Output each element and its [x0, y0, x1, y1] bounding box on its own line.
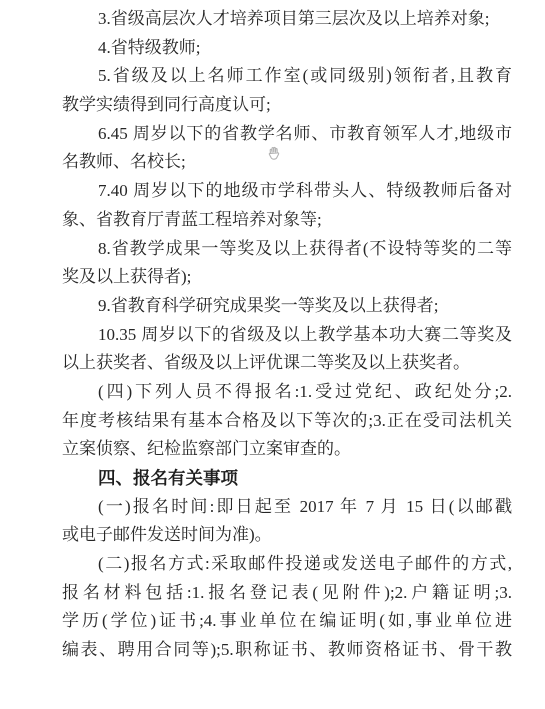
section-heading: 四、报名有关事项 [62, 464, 512, 493]
text-line: 3.省级高层次人才培养项目第三层次及以上培养对象; [62, 5, 512, 34]
document-lines: 3.省级高层次人才培养项目第三层次及以上培养对象;4.省特级教师;5.省级及以上… [62, 5, 512, 665]
text-line: 编表、聘用合同等);5.职称证书、教师资格证书、骨干教 [62, 636, 512, 665]
text-line: 8.省教学成果一等奖及以上获得者(不设特等奖的二等 [62, 235, 512, 264]
text-line: 9.省教育科学研究成果奖一等奖及以上获得者; [62, 292, 512, 321]
document-page: 3.省级高层次人才培养项目第三层次及以上培养对象;4.省特级教师;5.省级及以上… [0, 0, 545, 709]
text-line: 象、省教育厅青蓝工程培养对象等; [62, 206, 512, 235]
text-line: 立案侦察、纪检监察部门立案审查的。 [62, 435, 512, 464]
text-line: 10.35 周岁以下的省级及以上教学基本功大赛二等奖及 [62, 321, 512, 350]
text-line: (二)报名方式:采取邮件投递或发送电子邮件的方式, [62, 550, 512, 579]
text-line: 教学实绩得到同行高度认可; [62, 91, 512, 120]
hand-cursor-icon [266, 144, 282, 162]
text-line: 奖及以上获得者); [62, 263, 512, 292]
text-line: 报名材料包括:1.报名登记表(见附件);2.户籍证明;3. [62, 579, 512, 608]
text-line: 5.省级及以上名师工作室(或同级别)领衔者,且教育 [62, 62, 512, 91]
text-line: 7.40 周岁以下的地级市学科带头人、特级教师后备对 [62, 177, 512, 206]
text-line: 6.45 周岁以下的省教学名师、市教育领军人才,地级市 [62, 120, 512, 149]
text-line: 或电子邮件发送时间为准)。 [62, 521, 512, 550]
text-line: (四)下列人员不得报名:1.受过党纪、政纪处分;2. [62, 378, 512, 407]
text-line: 年度考核结果有基本合格及以下等次的;3.正在受司法机关 [62, 407, 512, 436]
text-line: 学历(学位)证书;4.事业单位在编证明(如,事业单位进 [62, 607, 512, 636]
text-line: (一)报名时间:即日起至 2017 年 7 月 15 日(以邮戳 [62, 493, 512, 522]
text-line: 以上获奖者、省级及以上评优课二等奖及以上获奖者。 [62, 349, 512, 378]
text-line: 名教师、名校长; [62, 148, 512, 177]
text-line: 4.省特级教师; [62, 34, 512, 63]
